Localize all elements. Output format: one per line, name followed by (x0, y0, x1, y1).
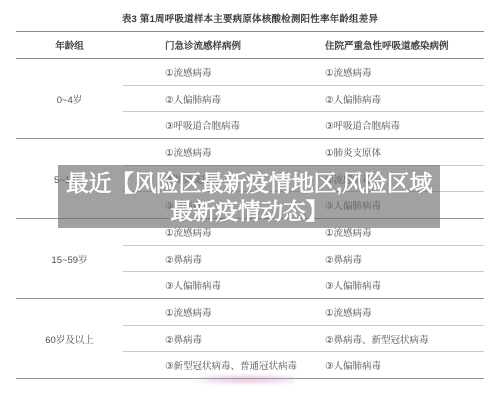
pathogen-subrow: ②鼻病毒 ②鼻病毒 (123, 246, 484, 273)
table-header-row: 年龄组 门急诊流感样病例 住院严重急性呼吸道感染病例 (16, 31, 484, 59)
age-group-label: 60岁及以上 (16, 299, 123, 378)
pathogen-cells: ①流感病毒 ①流感病毒 ②鼻病毒 ②鼻病毒、新型冠状病毒 ③新型冠状病毒、普通冠… (123, 299, 484, 378)
pathogen-subrow: ①流感病毒 ①流感病毒 (123, 59, 484, 86)
watermark-caption-line1: 最近【风险区最新疫情地区,风险区域 (66, 169, 432, 197)
inpatient-cell: ③呼吸道合胞病毒 (325, 118, 484, 132)
outpatient-cell: ①流感病毒 (123, 305, 325, 319)
inpatient-cell: ①流感病毒 (325, 305, 484, 319)
outpatient-cell: ③呼吸道合胞病毒 (123, 118, 325, 132)
table-row: 15~59岁 ①流感病毒 ①流感病毒 ②鼻病毒 ②鼻病毒 ③人偏肺病毒 ③人偏肺… (16, 219, 484, 299)
table-row: 0~4岁 ①流感病毒 ①流感病毒 ②人偏肺病毒 ②人偏肺病毒 ③呼吸道合胞病毒 … (16, 59, 484, 139)
outpatient-cell: ③人偏肺病毒 (123, 278, 325, 292)
outpatient-cell: ①流感病毒 (123, 145, 325, 159)
age-group-label: 0~4岁 (16, 59, 123, 138)
outpatient-cell: ②人偏肺病毒 (123, 92, 325, 106)
table-row: 60岁及以上 ①流感病毒 ①流感病毒 ②鼻病毒 ②鼻病毒、新型冠状病毒 ③新型冠… (16, 299, 484, 379)
pathogen-subrow: ①流感病毒 ①流感病毒 (123, 299, 484, 326)
inpatient-cell: ②鼻病毒 (325, 252, 484, 266)
header-inpatient-cases: 住院严重急性呼吸道感染病例 (325, 38, 484, 52)
pathogen-subrow: ③新型冠状病毒、普通冠状病毒 ③人偏肺病毒 (123, 352, 484, 378)
watermark-caption: 最近【风险区最新疫情地区,风险区域 最新疫情动态】 (58, 165, 440, 228)
outpatient-cell: ①流感病毒 (123, 65, 325, 79)
inpatient-cell: ①流感病毒 (325, 65, 484, 79)
outpatient-cell: ②鼻病毒 (123, 252, 325, 266)
outpatient-cell: ③新型冠状病毒、普通冠状病毒 (123, 358, 325, 372)
pathogen-subrow: ②人偏肺病毒 ②人偏肺病毒 (123, 86, 484, 113)
pathogen-cells: ①流感病毒 ①流感病毒 ②人偏肺病毒 ②人偏肺病毒 ③呼吸道合胞病毒 ③呼吸道合… (123, 59, 484, 138)
header-age-group: 年龄组 (16, 38, 123, 52)
age-group-label: 15~59岁 (16, 219, 123, 298)
pathogen-subrow: ③人偏肺病毒 ③人偏肺病毒 (123, 272, 484, 298)
pathogen-subrow: ②鼻病毒 ②鼻病毒、新型冠状病毒 (123, 326, 484, 353)
watermark-caption-line2: 最新疫情动态】 (170, 197, 328, 225)
table-title: 表3 第1周呼吸道样本主要病原体核酸检测阳性率年龄组差异 (0, 11, 500, 25)
inpatient-cell: ①肺炎支原体 (325, 145, 484, 159)
pathogen-subrow: ③呼吸道合胞病毒 ③呼吸道合胞病毒 (123, 112, 484, 138)
inpatient-cell: ③人偏肺病毒 (325, 358, 484, 372)
inpatient-cell: ③人偏肺病毒 (325, 278, 484, 292)
outpatient-cell: ②鼻病毒 (123, 332, 325, 346)
inpatient-cell: ②鼻病毒、新型冠状病毒 (325, 332, 484, 346)
article-image: 表3 第1周呼吸道样本主要病原体核酸检测阳性率年龄组差异 年龄组 门急诊流感样病… (0, 0, 500, 393)
pathogen-subrow: ①流感病毒 ①肺炎支原体 (123, 139, 484, 166)
inpatient-cell: ②人偏肺病毒 (325, 92, 484, 106)
pathogen-cells: ①流感病毒 ①流感病毒 ②鼻病毒 ②鼻病毒 ③人偏肺病毒 ③人偏肺病毒 (123, 219, 484, 298)
pink-watermark-smudge (200, 375, 295, 384)
header-outpatient-cases: 门急诊流感样病例 (123, 38, 325, 52)
